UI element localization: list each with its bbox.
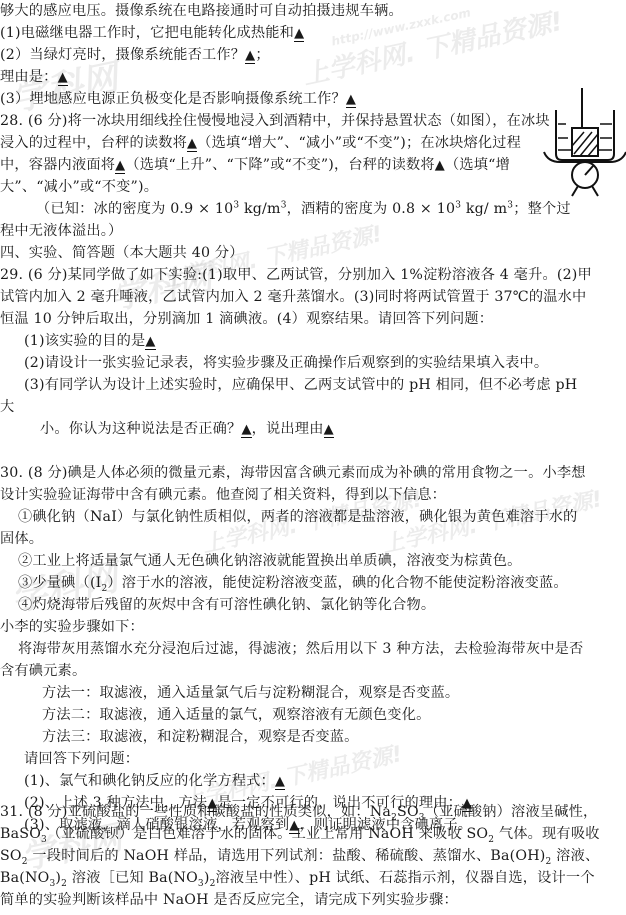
- text: (1)、氯气和碘化钠反应的化学方程式：: [24, 773, 275, 789]
- text: 简单的实验判断该样品中 NaOH 是否反应完全，请完成下列实验步骤：: [0, 892, 458, 908]
- text: 设计实验验证海带中含有碘元素。他查阅了相关资料，得到以下信息：: [0, 487, 446, 503]
- q31-line: 简单的实验判断该样品中 NaOH 是否反应完全，请完成下列实验步骤：: [0, 891, 458, 909]
- text: (2)请设计一张实验记录表，将实验步骤及正确操作后观察到的实验结果填入表中。: [24, 355, 548, 371]
- text: ①碘化钠（NaI）与氯化钠性质相似，两者的溶液都是盐溶液，碘化银为黄色难溶于水的: [18, 509, 577, 525]
- text: 方法一：取滤液，通入适量氯气后与淀粉糊混合，观察是否变蓝。: [42, 685, 459, 701]
- question-1: (1)电磁继电器工作时，它把电能转化成热能和▲: [0, 24, 304, 42]
- text: （选填“上升”、“下降”或“不变”)，台秤的读数将: [125, 157, 434, 173]
- text: SO: [0, 848, 22, 864]
- text: 试管内加入 2 毫升唾液，乙试管内加入 2 毫升蒸馏水。(3)同时将两试管置于 …: [0, 289, 586, 305]
- q30-line: 含有碘元素。: [0, 662, 86, 680]
- section-title: 四、实验、简答题（本大题共 40 分）: [0, 245, 244, 261]
- text: 程中无液体溢出。）: [0, 223, 122, 239]
- info-4: ④灼烧海带后残留的灰烬中含有可溶性碘化钠、氯化钠等化合物。: [18, 596, 435, 614]
- text: ；整个过: [513, 201, 571, 217]
- text: 溶液呈中性）、pH 试纸、石蕊指示剂，仪器自选，设计一个: [216, 870, 595, 886]
- text: 29. (6 分)某同学做了如下实验:(1)取甲、乙两试管，分别加入 1%淀粉溶…: [0, 267, 592, 283]
- q30-line: 30. (8 分)碘是人体必须的微量元素，海带因富含碘元素而成为补碘的常用食物之…: [0, 464, 586, 482]
- text: （已知：冰的密度为 0.9 × 10: [36, 201, 233, 217]
- q30-line: 将海带灰用蒸馏水充分浸泡后过滤，得滤液；然后用以下 3 种方法，去检验海带灰中是…: [18, 640, 583, 658]
- text: 浸入的过程中，台秤的读数将: [0, 135, 187, 151]
- answer-blank[interactable]: ▲: [324, 423, 334, 438]
- answer-blank[interactable]: ▲: [241, 423, 251, 438]
- q31-line: Ba(NO3)2 溶液［已知 Ba(NO3)2溶液呈中性）、pH 试纸、石蕊指示…: [0, 869, 595, 887]
- text: （选填“增: [445, 157, 510, 173]
- q30-line: 小李的实验步骤如下：: [0, 618, 144, 636]
- text: Ba(NO: [0, 870, 49, 886]
- q29-line: 小。你认为这种说法是否正确？▲，说出理由▲: [40, 420, 334, 438]
- text: 方法三：取滤液，和淀粉糊混合，观察是否变蓝。: [42, 729, 359, 745]
- answer-blank[interactable]: ▲: [245, 49, 255, 64]
- exam-page: 上学科网. 下精品资源! http://www.zxxk.com 学科网 学科网…: [0, 0, 626, 915]
- text: (1)该实验的目的是: [24, 333, 145, 349]
- answer-blank[interactable]: ▲: [435, 158, 445, 173]
- text: 气体。现有吸收: [494, 826, 599, 842]
- text: 理由是：: [0, 69, 58, 85]
- text: 方法二：取滤液，通入适量的氯气，观察溶液有无颜色变化。: [42, 707, 430, 723]
- question-3: (3）埋地感应电源正负极变化是否影响摄像系统工作？▲: [0, 90, 356, 108]
- text: (3）埋地感应电源正负极变化是否影响摄像系统工作？: [0, 91, 346, 107]
- info-2: ②工业上将适量氯气通人无色碘化钠溶液就能置换出单质碘，溶液变为棕黄色。: [18, 552, 522, 570]
- text: (3)有同学认为设计上述实验时，应确保甲、乙两支试管中的 pH 相同，但不必考虑…: [24, 377, 577, 393]
- reason-line: 理由是：▲: [0, 68, 68, 86]
- section-heading: 四、实验、简答题（本大题共 40 分）: [0, 244, 244, 262]
- text: ，酒精的密度为 0.8 × 10: [287, 201, 456, 217]
- text: 30. (8 分)碘是人体必须的微量元素，海带因富含碘元素而成为补碘的常用食物之…: [0, 465, 586, 481]
- q29-sub3: (3)有同学认为设计上述实验时，应确保甲、乙两支试管中的 pH 相同，但不必考虑…: [24, 376, 577, 394]
- text: SO: [397, 804, 419, 820]
- info-1-cont: 固体。: [0, 530, 43, 548]
- q31-line: 31. (8 分)亚硫酸盐的一些性质和碳酸盐的性质类似，如：Na2SO3（亚硫酸…: [0, 803, 597, 821]
- answer-blank[interactable]: ▲: [145, 335, 155, 350]
- q29-line: 恒温 10 分钟后取出，分别滴加 1 滴碘液。(4）观察结果。请回答下列问题：: [0, 310, 493, 328]
- method-2: 方法二：取滤液，通入适量的氯气，观察溶液有无颜色变化。: [42, 706, 430, 724]
- answer-blank[interactable]: ▲: [187, 137, 197, 152]
- text: （亚硫酸钠）溶液呈碱性，: [425, 804, 598, 820]
- answer-blank[interactable]: ▲: [346, 93, 356, 108]
- text: 请回答下列问题：: [24, 751, 139, 767]
- answer-blank[interactable]: ▲: [115, 159, 125, 174]
- method-3: 方法三：取滤液，和淀粉糊混合，观察是否变蓝。: [42, 728, 359, 746]
- q29-line: 29. (6 分)某同学做了如下实验:(1)取甲、乙两试管，分别加入 1%淀粉溶…: [0, 266, 592, 284]
- text: ）溶于水的溶液，能使淀粉溶液变蓝，碘的化合物不能使淀粉溶液变蓝。: [107, 575, 567, 591]
- q29-sub2: (2)请设计一张实验记录表，将实验步骤及正确操作后观察到的实验结果填入表中。: [24, 354, 548, 372]
- method-1: 方法一：取滤液，通入适量氯气后与淀粉糊混合，观察是否变蓝。: [42, 684, 459, 702]
- answer-blank[interactable]: ▲: [294, 27, 304, 42]
- text: 31. (8 分)亚硫酸盐的一些性质和碳酸盐的性质类似，如：Na: [0, 804, 391, 820]
- text: 中，容器内液面将: [0, 157, 115, 173]
- text: 28. (6 分)将一冰块用细线拴住慢慢地浸入到酒精中，并保持悬置状态（如图），…: [0, 113, 550, 129]
- q30-line: 请回答下列问题：: [24, 750, 139, 768]
- q29-sub1: (1)该实验的目的是▲: [24, 332, 156, 350]
- q28-line: 程中无液体溢出。）: [0, 222, 122, 240]
- text: 固体。: [0, 531, 43, 547]
- q31-line: BaSO3（亚硫酸钡）是白色难溶于水的固体。工业上常用 NaOH 来吸收 SO2…: [0, 825, 600, 843]
- text: 小。你认为这种说法是否正确？: [40, 421, 241, 437]
- text: ，说出理由: [252, 421, 324, 437]
- text: BaSO: [0, 826, 41, 842]
- q28-line: 浸入的过程中，台秤的读数将▲（选填“增大”、“减小”或“不变”)；在冰块熔化过程: [0, 134, 521, 152]
- text: ；: [255, 47, 269, 63]
- text: （选填“增大”、“减小”或“不变”)；在冰块熔化过程: [197, 135, 521, 151]
- text: 将海带灰用蒸馏水充分浸泡后过滤，得滤液；然后用以下 3 种方法，去检验海带灰中是…: [18, 641, 583, 657]
- text: 溶液、: [551, 848, 599, 864]
- text: ④灼烧海带后残留的灰烬中含有可溶性碘化钠、氯化钠等化合物。: [18, 597, 435, 613]
- q28-line: 大”、“减小”或“不变”)。: [0, 178, 158, 196]
- q30-line: 设计实验验证海带中含有碘元素。他查阅了相关资料，得到以下信息：: [0, 486, 446, 504]
- q29-line: 大: [0, 398, 14, 416]
- q28-line: 28. (6 分)将一冰块用细线拴住慢慢地浸入到酒精中，并保持悬置状态（如图），…: [0, 112, 550, 130]
- text-line: 够大的感应电压。摄像系统在电路接通时可自动拍摄违规车辆。: [0, 2, 403, 20]
- text: kg/ m: [461, 201, 507, 217]
- info-1: ①碘化钠（NaI）与氯化钠性质相似，两者的溶液都是盐溶液，碘化银为黄色难溶于水的: [18, 508, 577, 526]
- info-3: ③少量碘（(I2）溶于水的溶液，能使淀粉溶液变蓝，碘的化合物不能使淀粉溶液变蓝。: [18, 574, 568, 592]
- answer-blank[interactable]: ▲: [275, 775, 285, 790]
- q29-line: 试管内加入 2 毫升唾液，乙试管内加入 2 毫升蒸馏水。(3)同时将两试管置于 …: [0, 288, 586, 306]
- q30-sub1: (1)、氯气和碘化钠反应的化学方程式：▲: [24, 772, 285, 790]
- text: 一段时间后的 NaOH 样品，请选用下列试剂：盐酸、稀硫酸、蒸馏水、Ba(OH): [28, 848, 546, 864]
- text: 大: [0, 399, 14, 415]
- answer-blank[interactable]: ▲: [58, 71, 68, 86]
- text: 溶液［已知 Ba(NO: [67, 870, 198, 886]
- q31-line: SO2 一段时间后的 NaOH 样品，请选用下列试剂：盐酸、稀硫酸、蒸馏水、Ba…: [0, 847, 599, 865]
- text: 含有碘元素。: [0, 663, 86, 679]
- question-2: (2）当绿灯亮时，摄像系统能否工作？▲；: [0, 46, 270, 64]
- text: ②工业上将适量氯气通人无色碘化钠溶液就能置换出单质碘，溶液变为棕黄色。: [18, 553, 522, 569]
- text: 够大的感应电压。摄像系统在电路接通时可自动拍摄违规车辆。: [0, 3, 403, 19]
- text: 恒温 10 分钟后取出，分别滴加 1 滴碘液。(4）观察结果。请回答下列问题：: [0, 311, 493, 327]
- text: ③少量碘（(I: [18, 575, 101, 591]
- text: （亚硫酸钡）是白色难溶于水的固体。工业上常用 NaOH 来吸收 SO: [47, 826, 488, 842]
- beaker-scale-diagram: [536, 88, 626, 198]
- text: 小李的实验步骤如下：: [0, 619, 144, 635]
- q28-given: （已知：冰的密度为 0.9 × 103 kg/m3，酒精的密度为 0.8 × 1…: [36, 200, 571, 218]
- text: (1)电磁继电器工作时，它把电能转化成热能和: [0, 25, 294, 41]
- text: kg/m: [239, 201, 280, 217]
- q28-line: 中，容器内液面将▲（选填“上升”、“下降”或“不变”)，台秤的读数将▲（选填“增: [0, 156, 510, 175]
- text: 大”、“减小”或“不变”)。: [0, 179, 158, 195]
- text: (2）当绿灯亮时，摄像系统能否工作？: [0, 47, 245, 63]
